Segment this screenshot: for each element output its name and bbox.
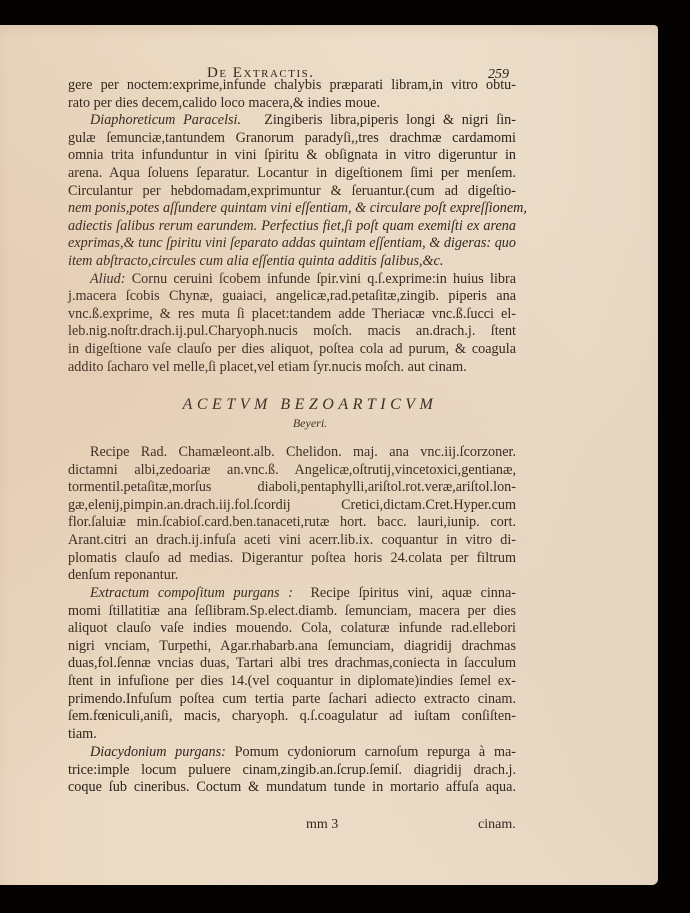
text-line: primendo.Infuſum poſtea cum tertia parte… bbox=[68, 691, 516, 709]
text-line: gere per noctem:exprime,infunde chalybis… bbox=[68, 77, 516, 95]
text-line: plomatis clauſo ad medias. Digerantur po… bbox=[68, 550, 516, 568]
text-line: vnc.ß.exprime, & res muta ſi placet:tand… bbox=[68, 306, 516, 324]
text-line: adiectis ſalibus rerum earundem. Perfect… bbox=[68, 218, 516, 236]
text-line: Diacydonium purgans: Pomum cydoniorum ca… bbox=[68, 744, 516, 762]
text-line: arena. Aqua ſoluens ſeparatur. Locantur … bbox=[68, 165, 516, 183]
text-line: tormentil.petaſitæ,morſus diaboli,pentap… bbox=[68, 479, 516, 497]
text-line: coque ſub cineribus. Coctum & mundatum t… bbox=[68, 779, 516, 797]
text-line: Recipe Rad. Chamæleont.alb. Chelidon. ma… bbox=[68, 444, 516, 462]
signature-mark: mm 3 bbox=[306, 817, 338, 833]
text-line: nem ponis,potes aſſundere quintam vini e… bbox=[68, 200, 516, 218]
text-line: Aliud: Cornu ceruini ſcobem infunde ſpir… bbox=[68, 271, 516, 289]
entry-title: Diacydonium purgans: bbox=[90, 744, 226, 760]
text-line: tiam. bbox=[68, 726, 516, 744]
text-line: Diaphoreticum Paracelsi. Zingiberis libr… bbox=[68, 112, 516, 130]
heading-title: ACETVM BEZOARTICVM bbox=[140, 396, 480, 414]
text-line: j.macera ſcobis Chynæ, guaiaci, angelicæ… bbox=[68, 288, 516, 306]
paragraph-aliud: Aliud: Cornu ceruini ſcobem infunde ſpir… bbox=[68, 271, 516, 377]
text-line: in digeſtione vaſe clauſo per dies aliqu… bbox=[68, 341, 516, 359]
text-line: leb.nig.noſtr.drach.ij.pul.Charyoph.nuci… bbox=[68, 323, 516, 341]
paragraph-diaphoreticum: Diaphoreticum Paracelsi. Zingiberis libr… bbox=[68, 112, 516, 270]
text-line: exprimas,& tunc ſpiritu vini ſeparato ad… bbox=[68, 235, 516, 253]
paragraph-continuation: gere per noctem:exprime,infunde chalybis… bbox=[68, 77, 516, 112]
paragraph-extractum: Extractum compoſitum purgans : Recipe ſp… bbox=[68, 585, 516, 743]
paragraph-recipe: Recipe Rad. Chamæleont.alb. Chelidon. ma… bbox=[68, 444, 516, 585]
catchword: cinam. bbox=[478, 817, 516, 833]
text-line: rato per dies decem,calido loco macera,&… bbox=[68, 95, 516, 113]
text-line: gæ,elenij,pimpin.an.drach.iij.fol.ſcordi… bbox=[68, 497, 516, 515]
text-line: ſtent in infuſione per dies 14.(vel coqu… bbox=[68, 673, 516, 691]
entry-title: Extractum compoſitum purgans : bbox=[90, 585, 293, 601]
text-line: flor.ſaluiæ min.ſcabioſ.card.ben.tanacet… bbox=[68, 514, 516, 532]
text-line: trice:imple locum puluere cinam,zingib.a… bbox=[68, 762, 516, 780]
text-line: denſum reponantur. bbox=[68, 567, 516, 585]
text-line: aliquot clauſo vaſe indies mouendo. Cola… bbox=[68, 620, 516, 638]
book-page: De Extractis. 259 gere per noctem:exprim… bbox=[0, 25, 658, 885]
text-line: nigri vnciam, Turpethi, Agar.rhabarb.ana… bbox=[68, 638, 516, 656]
text-line: Arant.citri an drach.ij.infuſa aceti vin… bbox=[68, 532, 516, 550]
text-line: Circulantur per hebdomadam,exprimuntur &… bbox=[68, 183, 516, 201]
text-line: item abſtracto,circules cum alia eſſenti… bbox=[68, 253, 516, 271]
text-line: ſem.fœniculi,aniſi, macis, charyoph. q.ſ… bbox=[68, 708, 516, 726]
text-line: dictamni albi,zedoariæ an.vnc.ß. Angelic… bbox=[68, 462, 516, 480]
entry-title: Aliud: bbox=[90, 271, 125, 287]
text-line: gulæ ſemunciæ,tantundem Granorum paradyſ… bbox=[68, 130, 516, 148]
text-line: Extractum compoſitum purgans : Recipe ſp… bbox=[68, 585, 516, 603]
section-heading: ACETVM BEZOARTICVM Beyeri. bbox=[140, 396, 480, 431]
entry-title: Diaphoreticum Paracelsi. bbox=[90, 112, 241, 128]
paragraph-diacydonium: Diacydonium purgans: Pomum cydoniorum ca… bbox=[68, 744, 516, 797]
text-line: momi ſtillatitiæ ana ſeſlibram.Sp.elect.… bbox=[68, 603, 516, 621]
heading-subtitle: Beyeri. bbox=[140, 416, 480, 431]
text-line: omnia trita infunduntur in vini ſpiritu … bbox=[68, 147, 516, 165]
text-line: duas,fol.ſennæ vncias duas, Tartari albi… bbox=[68, 655, 516, 673]
text-line: addito ſacharo vel melle,ſi placet,vel e… bbox=[68, 359, 516, 377]
